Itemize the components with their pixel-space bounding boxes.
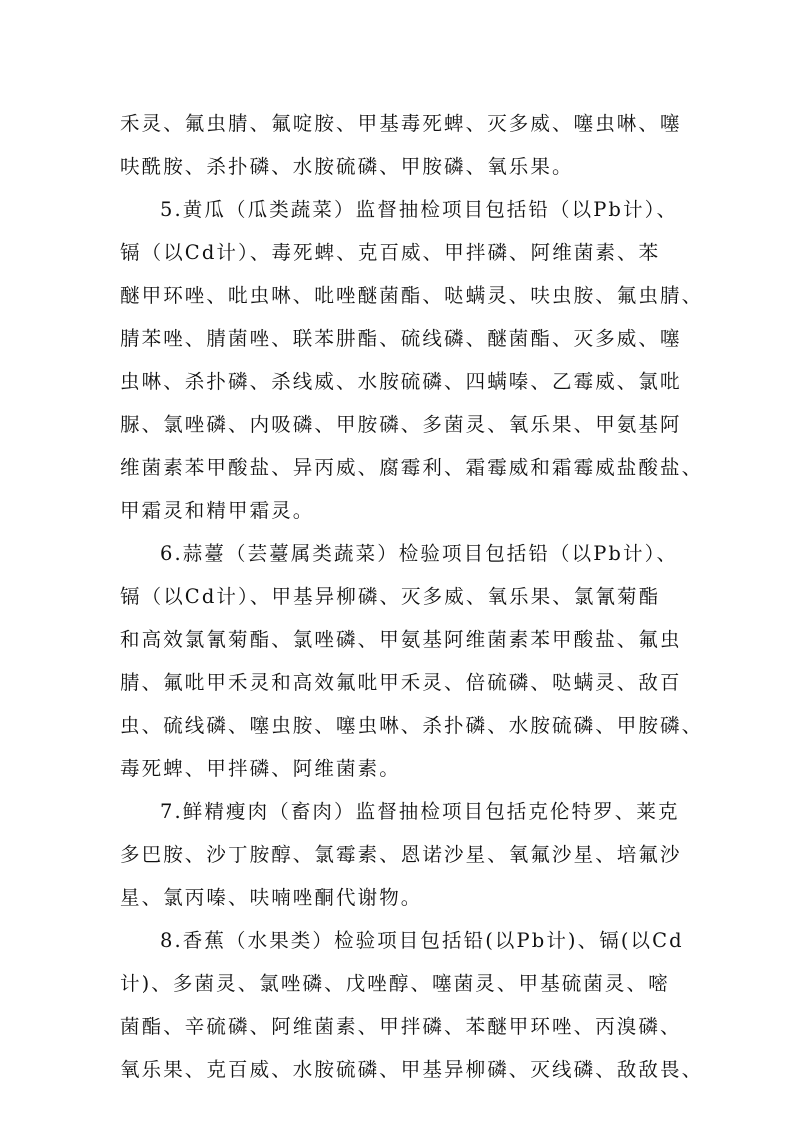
text-line: 5.黄瓜（瓜类蔬菜）监督抽检项目包括铅（以Pb计）、 xyxy=(120,188,682,231)
paragraph-item-8-banana: 8.香蕉（水果类）检验项目包括铅(以Pb计)、镉(以Cd 计)、多菌灵、氯唑磷、… xyxy=(120,919,682,1091)
text-line: 多巴胺、沙丁胺醇、氯霉素、恩诺沙星、氧氟沙星、培氟沙 xyxy=(120,833,682,876)
paragraph-item-5-cucumber: 5.黄瓜（瓜类蔬菜）监督抽检项目包括铅（以Pb计）、 镉（以Cd计）、毒死蜱、克… xyxy=(120,188,682,532)
paragraph-continuation: 禾灵、氟虫腈、氟啶胺、甲基毒死蜱、灭多威、噻虫啉、噻 呋酰胺、杀扑磷、水胺硫磷、… xyxy=(120,102,682,188)
text-line: 甲霜灵和精甲霜灵。 xyxy=(120,489,682,532)
text-line: 禾灵、氟虫腈、氟啶胺、甲基毒死蜱、灭多威、噻虫啉、噻 xyxy=(120,102,682,145)
document-page: 禾灵、氟虫腈、氟啶胺、甲基毒死蜱、灭多威、噻虫啉、噻 呋酰胺、杀扑磷、水胺硫磷、… xyxy=(120,102,682,1091)
text-line: 镉（以Cd计）、毒死蜱、克百威、甲拌磷、阿维菌素、苯 xyxy=(120,231,682,274)
text-line: 虫、硫线磷、噻虫胺、噻虫啉、杀扑磷、水胺硫磷、甲胺磷、 xyxy=(120,704,682,747)
text-line: 镉（以Cd计）、甲基异柳磷、灭多威、氧乐果、氯氰菊酯 xyxy=(120,575,682,618)
paragraph-item-6-garlic-shoot: 6.蒜薹（芸薹属类蔬菜）检验项目包括铅（以Pb计）、 镉（以Cd计）、甲基异柳磷… xyxy=(120,532,682,790)
text-line: 6.蒜薹（芸薹属类蔬菜）检验项目包括铅（以Pb计）、 xyxy=(120,532,682,575)
text-line: 脲、氯唑磷、内吸磷、甲胺磷、多菌灵、氧乐果、甲氨基阿 xyxy=(120,403,682,446)
text-line: 星、氯丙嗪、呋喃唑酮代谢物。 xyxy=(120,876,682,919)
text-line: 7.鲜精瘦肉（畜肉）监督抽检项目包括克伦特罗、莱克 xyxy=(120,790,682,833)
text-line: 虫啉、杀扑磷、杀线威、水胺硫磷、四螨嗪、乙霉威、氯吡 xyxy=(120,360,682,403)
text-line: 腈、氟吡甲禾灵和高效氟吡甲禾灵、倍硫磷、哒螨灵、敌百 xyxy=(120,661,682,704)
text-line: 菌酯、辛硫磷、阿维菌素、甲拌磷、苯醚甲环唑、丙溴磷、 xyxy=(120,1005,682,1048)
paragraph-item-7-lean-meat: 7.鲜精瘦肉（畜肉）监督抽检项目包括克伦特罗、莱克 多巴胺、沙丁胺醇、氯霉素、恩… xyxy=(120,790,682,919)
text-line: 腈苯唑、腈菌唑、联苯肼酯、硫线磷、醚菌酯、灭多威、噻 xyxy=(120,317,682,360)
text-line: 毒死蜱、甲拌磷、阿维菌素。 xyxy=(120,747,682,790)
text-line: 氧乐果、克百威、水胺硫磷、甲基异柳磷、灭线磷、敌敌畏、 xyxy=(120,1048,682,1091)
text-line: 8.香蕉（水果类）检验项目包括铅(以Pb计)、镉(以Cd xyxy=(120,919,682,962)
text-line: 计)、多菌灵、氯唑磷、戊唑醇、噻菌灵、甲基硫菌灵、嘧 xyxy=(120,962,682,1005)
text-line: 醚甲环唑、吡虫啉、吡唑醚菌酯、哒螨灵、呋虫胺、氟虫腈、 xyxy=(120,274,682,317)
text-line: 维菌素苯甲酸盐、异丙威、腐霉利、霜霉威和霜霉威盐酸盐、 xyxy=(120,446,682,489)
text-line: 呋酰胺、杀扑磷、水胺硫磷、甲胺磷、氧乐果。 xyxy=(120,145,682,188)
text-line: 和高效氯氰菊酯、氯唑磷、甲氨基阿维菌素苯甲酸盐、氟虫 xyxy=(120,618,682,661)
